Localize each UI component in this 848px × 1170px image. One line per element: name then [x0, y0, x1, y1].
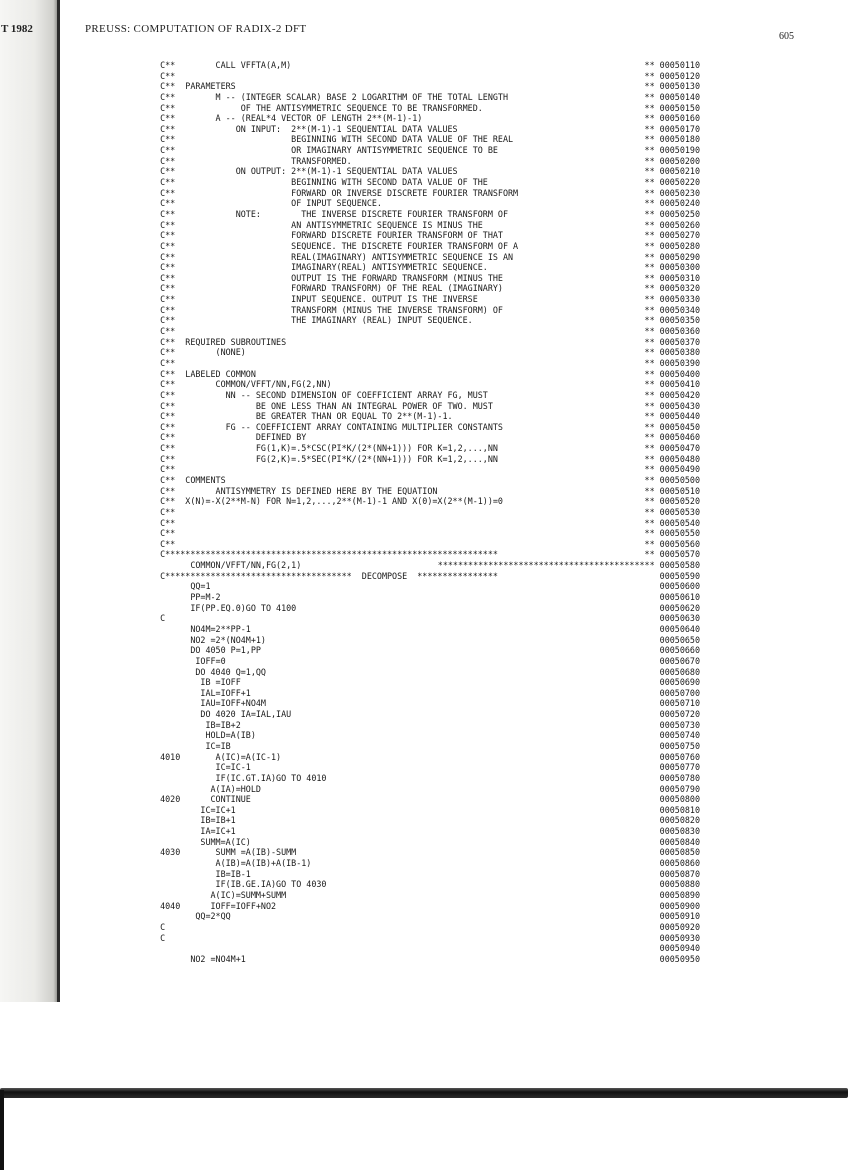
sequence-number: 00050640: [660, 624, 700, 635]
sequence-number: 00050590: [660, 571, 700, 582]
code-statement: C** NOTE: THE INVERSE DISCRETE FOURIER T…: [150, 209, 508, 220]
code-line: IB =IOFF00050690: [150, 677, 700, 688]
code-statement: C** OUTPUT IS THE FORWARD TRANSFORM (MIN…: [150, 273, 503, 284]
code-statement: DO 4040 Q=1,QQ: [150, 667, 266, 678]
code-statement: C** M -- (INTEGER SCALAR) BASE 2 LOGARIT…: [150, 92, 508, 103]
sequence-number: ** 00050530: [645, 507, 700, 518]
sequence-number: ** 00050230: [645, 188, 700, 199]
sequence-number: ** 00050410: [645, 379, 700, 390]
code-statement: C: [150, 933, 165, 944]
page-number: 605: [779, 31, 794, 42]
sequence-number: ** 00050240: [645, 198, 700, 209]
sequence-number: ** 00050370: [645, 337, 700, 348]
fortran-code-listing: C** CALL VFFTA(A,M)** 00050110 C**** 000…: [150, 60, 700, 964]
code-line: C** INPUT SEQUENCE. OUTPUT IS THE INVERS…: [150, 294, 700, 305]
sequence-number: 00050740: [660, 730, 700, 741]
code-line: C**** 00050550: [150, 528, 700, 539]
code-statement: IAL=IOFF+1: [150, 688, 251, 699]
sequence-number: 00050680: [660, 667, 700, 678]
code-line: SUMM=A(IC)00050840: [150, 837, 700, 848]
code-line: C** COMMENTS** 00050500: [150, 475, 700, 486]
sequence-number: 00050930: [660, 933, 700, 944]
code-statement: PP=M-2: [150, 592, 221, 603]
sequence-number: 00050760: [660, 752, 700, 763]
code-statement: C** IMAGINARY(REAL) ANTISYMMETRIC SEQUEN…: [150, 262, 488, 273]
code-line: IAL=IOFF+100050700: [150, 688, 700, 699]
code-line: A(IB)=A(IB)+A(IB-1)00050860: [150, 858, 700, 869]
code-line: 4020 CONTINUE00050800: [150, 794, 700, 805]
code-line: IOFF=000050670: [150, 656, 700, 667]
code-statement: C** COMMON/VFFT/NN,FG(2,NN): [150, 379, 332, 390]
code-statement: IF(IC.GT.IA)GO TO 4010: [150, 773, 326, 784]
code-line: C** REQUIRED SUBROUTINES** 00050370: [150, 337, 700, 348]
code-line: IAU=IOFF+NO4M00050710: [150, 698, 700, 709]
code-statement: C** AN ANTISYMMETRIC SEQUENCE IS MINUS T…: [150, 220, 483, 231]
code-line: DO 4050 P=1,PP00050660: [150, 645, 700, 656]
sequence-number: 00050730: [660, 720, 700, 731]
code-statement: C** FG(1,K)=.5*CSC(PI*K/(2*(NN+1))) FOR …: [150, 443, 498, 454]
sequence-number: ** 00050390: [645, 358, 700, 369]
code-line: C** BEGINNING WITH SECOND DATA VALUE OF …: [150, 134, 700, 145]
sequence-number: 00050690: [660, 677, 700, 688]
code-statement: COMMON/VFFT/NN,FG(2,1): [150, 560, 301, 571]
code-line: C** AN ANTISYMMETRIC SEQUENCE IS MINUS T…: [150, 220, 700, 231]
code-line: A(IA)=HOLD00050790: [150, 784, 700, 795]
code-line: C***************************************…: [150, 549, 700, 560]
code-statement: C: [150, 922, 165, 933]
code-statement: C** X(N)=-X(2**M-N) FOR N=1,2,...,2**(M-…: [150, 496, 503, 507]
sequence-number: 00050710: [660, 698, 700, 709]
code-statement: C**: [150, 71, 175, 82]
code-line: PP=M-200050610: [150, 592, 700, 603]
code-line: C** OUTPUT IS THE FORWARD TRANSFORM (MIN…: [150, 273, 700, 284]
code-line: C** TRANSFORM (MINUS THE INVERSE TRANSFO…: [150, 305, 700, 316]
code-statement: IF(PP.EQ.0)GO TO 4100: [150, 603, 296, 614]
sequence-number: 00050880: [660, 879, 700, 890]
sequence-number: ** 00050490: [645, 464, 700, 475]
code-statement: C***************************************…: [150, 549, 498, 560]
sequence-number: ** 00050260: [645, 220, 700, 231]
code-statement: C**: [150, 528, 175, 539]
code-line: C** ANTISYMMETRY IS DEFINED HERE BY THE …: [150, 486, 700, 497]
code-statement: C**: [150, 507, 175, 518]
code-line: C** PARAMETERS** 00050130: [150, 81, 700, 92]
code-statement: C**: [150, 326, 175, 337]
code-line: C** FG(1,K)=.5*CSC(PI*K/(2*(NN+1))) FOR …: [150, 443, 700, 454]
page-binding-shadow: [0, 0, 58, 1002]
sequence-number: 00050830: [660, 826, 700, 837]
code-statement: C** ANTISYMMETRY IS DEFINED HERE BY THE …: [150, 486, 437, 497]
code-line: C** COMMON/VFFT/NN,FG(2,NN)** 00050410: [150, 379, 700, 390]
code-statement: C** (NONE): [150, 347, 246, 358]
sequence-number: 00050810: [660, 805, 700, 816]
sequence-number: ** 00050150: [645, 103, 700, 114]
code-statement: QQ=2*QQ: [150, 911, 231, 922]
code-statement: A(IA)=HOLD: [150, 784, 261, 795]
sequence-number: ** 00050380: [645, 347, 700, 358]
sequence-number: ** 00050200: [645, 156, 700, 167]
code-line: C**** 00050530: [150, 507, 700, 518]
code-statement: 4040 IOFF=IOFF+NO2: [150, 901, 276, 912]
code-statement: A(IC)=SUMM+SUMM: [150, 890, 286, 901]
sequence-number: 00050620: [660, 603, 700, 614]
code-statement: C** FORWARD OR INVERSE DISCRETE FOURIER …: [150, 188, 518, 199]
code-statement: NO4M=2**PP-1: [150, 624, 251, 635]
code-line: NO2 =2*(NO4M+1)00050650: [150, 635, 700, 646]
code-line: NO2 =NO4M+100050950: [150, 954, 700, 965]
code-statement: C** FG(2,K)=.5*SEC(PI*K/(2*(NN+1))) FOR …: [150, 454, 498, 465]
code-line: NO4M=2**PP-100050640: [150, 624, 700, 635]
sequence-number: ** 00050210: [645, 166, 700, 177]
code-statement: HOLD=A(IB): [150, 730, 256, 741]
sequence-number: 00050950: [660, 954, 700, 965]
code-line: C** A -- (REAL*4 VECTOR OF LENGTH 2**(M-…: [150, 113, 700, 124]
code-line: C**** 00050560: [150, 539, 700, 550]
sequence-number: 00050890: [660, 890, 700, 901]
code-line: 00050940: [150, 943, 700, 954]
code-line: IB=IB+200050730: [150, 720, 700, 731]
code-line: IA=IC+100050830: [150, 826, 700, 837]
code-statement: QQ=1: [150, 581, 211, 592]
code-line: C**** 00050390: [150, 358, 700, 369]
code-statement: C** FORWARD TRANSFORM) OF THE REAL (IMAG…: [150, 283, 503, 294]
code-line: IF(IC.GT.IA)GO TO 401000050780: [150, 773, 700, 784]
code-statement: IF(IB.GE.IA)GO TO 4030: [150, 879, 326, 890]
sequence-number: 00050750: [660, 741, 700, 752]
sequence-number: 00050770: [660, 762, 700, 773]
sequence-number: 00050920: [660, 922, 700, 933]
code-line: C** THE IMAGINARY (REAL) INPUT SEQUENCE.…: [150, 315, 700, 326]
code-statement: IB =IOFF: [150, 677, 241, 688]
code-statement: 4020 CONTINUE: [150, 794, 251, 805]
sequence-number: ** 00050290: [645, 252, 700, 263]
sequence-number: ** 00050190: [645, 145, 700, 156]
code-statement: IOFF=0: [150, 656, 226, 667]
sequence-number: 00050840: [660, 837, 700, 848]
sequence-number: 00050700: [660, 688, 700, 699]
sequence-number: 00050780: [660, 773, 700, 784]
code-line: QQ=2*QQ00050910: [150, 911, 700, 922]
sequence-number: ** 00050350: [645, 315, 700, 326]
code-line: C************************************* D…: [150, 571, 700, 582]
sequence-number: 00050850: [660, 847, 700, 858]
sequence-number: 00050670: [660, 656, 700, 667]
code-statement: C** BE GREATER THAN OR EQUAL TO 2**(M-1)…: [150, 411, 453, 422]
sequence-number: ** 00050270: [645, 230, 700, 241]
code-statement: C** NN -- SECOND DIMENSION OF COEFFICIEN…: [150, 390, 488, 401]
code-statement: IA=IC+1: [150, 826, 236, 837]
code-statement: DO 4020 IA=IAL,IAU: [150, 709, 291, 720]
code-line: C** ON INPUT: 2**(M-1)-1 SEQUENTIAL DATA…: [150, 124, 700, 135]
code-line: C00050930: [150, 933, 700, 944]
sequence-number: 00050940: [660, 943, 700, 954]
code-statement: C**: [150, 539, 175, 550]
code-line: C** TRANSFORMED.** 00050200: [150, 156, 700, 167]
sequence-number: ** 00050310: [645, 273, 700, 284]
code-statement: NO2 =2*(NO4M+1): [150, 635, 266, 646]
code-line: C**** 00050360: [150, 326, 700, 337]
code-line: IC=IC+100050810: [150, 805, 700, 816]
sequence-number: ** 00050280: [645, 241, 700, 252]
code-statement: SUMM=A(IC): [150, 837, 251, 848]
code-line: C** (NONE)** 00050380: [150, 347, 700, 358]
sequence-number: 00050650: [660, 635, 700, 646]
code-line: IF(IB.GE.IA)GO TO 403000050880: [150, 879, 700, 890]
sequence-number: 00050790: [660, 784, 700, 795]
sequence-number: 00050860: [660, 858, 700, 869]
code-line: C** OR IMAGINARY ANTISYMMETRIC SEQUENCE …: [150, 145, 700, 156]
code-statement: C** REQUIRED SUBROUTINES: [150, 337, 286, 348]
sequence-number: ** 00050440: [645, 411, 700, 422]
code-line: C** FORWARD OR INVERSE DISCRETE FOURIER …: [150, 188, 700, 199]
code-statement: A(IB)=A(IB)+A(IB-1): [150, 858, 311, 869]
code-line: 4040 IOFF=IOFF+NO200050900: [150, 901, 700, 912]
code-line: QQ=100050600: [150, 581, 700, 592]
code-statement: IB=IB-1: [150, 869, 251, 880]
code-line: C** FG -- COEFFICIENT ARRAY CONTAINING M…: [150, 422, 700, 433]
code-line: IB=IB+100050820: [150, 815, 700, 826]
code-statement: NO2 =NO4M+1: [150, 954, 246, 965]
code-statement: C** OR IMAGINARY ANTISYMMETRIC SEQUENCE …: [150, 145, 498, 156]
sequence-number: ****************************************…: [438, 560, 700, 571]
code-line: C** FORWARD TRANSFORM) OF THE REAL (IMAG…: [150, 283, 700, 294]
sequence-number: ** 00050160: [645, 113, 700, 124]
sequence-number: ** 00050180: [645, 134, 700, 145]
sequence-number: ** 00050300: [645, 262, 700, 273]
code-line: C** OF INPUT SEQUENCE.** 00050240: [150, 198, 700, 209]
code-statement: IB=IB+2: [150, 720, 241, 731]
code-statement: C************************************* D…: [150, 571, 498, 582]
code-line: C** DEFINED BY** 00050460: [150, 432, 700, 443]
code-line: C**** 00050120: [150, 71, 700, 82]
code-statement: C**: [150, 358, 175, 369]
code-statement: DO 4050 P=1,PP: [150, 645, 261, 656]
code-line: C** ON OUTPUT: 2**(M-1)-1 SEQUENTIAL DAT…: [150, 166, 700, 177]
code-statement: C** A -- (REAL*4 VECTOR OF LENGTH 2**(M-…: [150, 113, 422, 124]
sequence-number: ** 00050500: [645, 475, 700, 486]
sequence-number: 00050800: [660, 794, 700, 805]
sequence-number: ** 00050510: [645, 486, 700, 497]
code-statement: C: [150, 613, 165, 624]
sequence-number: ** 00050140: [645, 92, 700, 103]
code-line: C** FG(2,K)=.5*SEC(PI*K/(2*(NN+1))) FOR …: [150, 454, 700, 465]
code-line: 4010 A(IC)=A(IC-1)00050760: [150, 752, 700, 763]
code-statement: C** ON INPUT: 2**(M-1)-1 SEQUENTIAL DATA…: [150, 124, 458, 135]
sequence-number: 00050660: [660, 645, 700, 656]
sequence-number: ** 00050110: [645, 60, 700, 71]
code-line: IC=IC-100050770: [150, 762, 700, 773]
code-statement: C** PARAMETERS: [150, 81, 236, 92]
sequence-number: ** 00050540: [645, 518, 700, 529]
code-line: C** NN -- SECOND DIMENSION OF COEFFICIEN…: [150, 390, 700, 401]
code-line: C** FORWARD DISCRETE FOURIER TRANSFORM O…: [150, 230, 700, 241]
code-line: HOLD=A(IB)00050740: [150, 730, 700, 741]
code-statement: C** BEGINNING WITH SECOND DATA VALUE OF …: [150, 177, 488, 188]
sequence-number: ** 00050560: [645, 539, 700, 550]
code-statement: C** CALL VFFTA(A,M): [150, 60, 291, 71]
code-line: C** M -- (INTEGER SCALAR) BASE 2 LOGARIT…: [150, 92, 700, 103]
code-statement: C** BE ONE LESS THAN AN INTEGRAL POWER O…: [150, 401, 493, 412]
code-statement: C** FG -- COEFFICIENT ARRAY CONTAINING M…: [150, 422, 503, 433]
code-statement: IB=IB+1: [150, 815, 236, 826]
code-statement: C** REAL(IMAGINARY) ANTISYMMETRIC SEQUEN…: [150, 252, 513, 263]
code-statement: C**: [150, 518, 175, 529]
code-line: C** BE GREATER THAN OR EQUAL TO 2**(M-1)…: [150, 411, 700, 422]
code-statement: 4030 SUMM =A(IB)-SUMM: [150, 847, 296, 858]
sequence-number: ** 00050480: [645, 454, 700, 465]
sequence-number: ** 00050340: [645, 305, 700, 316]
sequence-number: ** 00050430: [645, 401, 700, 412]
sequence-number: ** 00050320: [645, 283, 700, 294]
code-line: DO 4020 IA=IAL,IAU00050720: [150, 709, 700, 720]
sequence-number: 00050600: [660, 581, 700, 592]
code-line: C** X(N)=-X(2**M-N) FOR N=1,2,...,2**(M-…: [150, 496, 700, 507]
code-statement: C** FORWARD DISCRETE FOURIER TRANSFORM O…: [150, 230, 503, 241]
code-line: C00050630: [150, 613, 700, 624]
code-line: C** NOTE: THE INVERSE DISCRETE FOURIER T…: [150, 209, 700, 220]
code-statement: C** OF INPUT SEQUENCE.: [150, 198, 382, 209]
code-statement: C** TRANSFORM (MINUS THE INVERSE TRANSFO…: [150, 305, 503, 316]
sequence-number: ** 00050570: [645, 549, 700, 560]
code-line: C** REAL(IMAGINARY) ANTISYMMETRIC SEQUEN…: [150, 252, 700, 263]
code-statement: C** THE IMAGINARY (REAL) INPUT SEQUENCE.: [150, 315, 473, 326]
sequence-number: ** 00050450: [645, 422, 700, 433]
page-bottom-edge: [0, 1088, 848, 1098]
sequence-number: ** 00050420: [645, 390, 700, 401]
code-statement: IC=IC-1: [150, 762, 251, 773]
sequence-number: ** 00050250: [645, 209, 700, 220]
sequence-number: 00050900: [660, 901, 700, 912]
previous-page-date-fragment: T 1982: [1, 23, 33, 35]
code-line: C**** 00050540: [150, 518, 700, 529]
code-line: C**** 00050490: [150, 464, 700, 475]
sequence-number: ** 00050360: [645, 326, 700, 337]
next-page-edge: [0, 1090, 4, 1170]
running-head: PREUSS: COMPUTATION OF RADIX-2 DFT: [85, 23, 306, 35]
code-line: C** SEQUENCE. THE DISCRETE FOURIER TRANS…: [150, 241, 700, 252]
sequence-number: ** 00050520: [645, 496, 700, 507]
code-statement: C** LABELED COMMON: [150, 369, 256, 380]
sequence-number: ** 00050400: [645, 369, 700, 380]
sequence-number: 00050820: [660, 815, 700, 826]
code-statement: 4010 A(IC)=A(IC-1): [150, 752, 281, 763]
code-statement: C** OF THE ANTISYMMETRIC SEQUENCE TO BE …: [150, 103, 483, 114]
sequence-number: 00050870: [660, 869, 700, 880]
code-statement: C** COMMENTS: [150, 475, 226, 486]
sequence-number: ** 00050220: [645, 177, 700, 188]
code-line: IF(PP.EQ.0)GO TO 410000050620: [150, 603, 700, 614]
code-line: C** LABELED COMMON** 00050400: [150, 369, 700, 380]
sequence-number: 00050910: [660, 911, 700, 922]
code-line: DO 4040 Q=1,QQ00050680: [150, 667, 700, 678]
sequence-number: ** 00050550: [645, 528, 700, 539]
code-line: C** IMAGINARY(REAL) ANTISYMMETRIC SEQUEN…: [150, 262, 700, 273]
code-statement: IAU=IOFF+NO4M: [150, 698, 266, 709]
code-statement: C** DEFINED BY: [150, 432, 306, 443]
code-line: C** CALL VFFTA(A,M)** 00050110: [150, 60, 700, 71]
code-statement: C** SEQUENCE. THE DISCRETE FOURIER TRANS…: [150, 241, 518, 252]
sequence-number: 00050610: [660, 592, 700, 603]
sequence-number: ** 00050460: [645, 432, 700, 443]
sequence-number: ** 00050330: [645, 294, 700, 305]
code-line: C** OF THE ANTISYMMETRIC SEQUENCE TO BE …: [150, 103, 700, 114]
code-line: A(IC)=SUMM+SUMM00050890: [150, 890, 700, 901]
code-statement: C** ON OUTPUT: 2**(M-1)-1 SEQUENTIAL DAT…: [150, 166, 458, 177]
code-line: COMMON/VFFT/NN,FG(2,1)******************…: [150, 560, 700, 571]
code-statement: C**: [150, 464, 175, 475]
sequence-number: ** 00050130: [645, 81, 700, 92]
code-line: C00050920: [150, 922, 700, 933]
binding-edge: [57, 0, 60, 1002]
sequence-number: 00050720: [660, 709, 700, 720]
code-statement: C** TRANSFORMED.: [150, 156, 352, 167]
code-statement: C** BEGINNING WITH SECOND DATA VALUE OF …: [150, 134, 513, 145]
code-line: IB=IB-100050870: [150, 869, 700, 880]
code-line: C** BEGINNING WITH SECOND DATA VALUE OF …: [150, 177, 700, 188]
code-line: IC=IB00050750: [150, 741, 700, 752]
code-line: C** BE ONE LESS THAN AN INTEGRAL POWER O…: [150, 401, 700, 412]
sequence-number: ** 00050120: [645, 71, 700, 82]
code-statement: IC=IC+1: [150, 805, 236, 816]
sequence-number: 00050630: [660, 613, 700, 624]
code-statement: C** INPUT SEQUENCE. OUTPUT IS THE INVERS…: [150, 294, 478, 305]
code-line: 4030 SUMM =A(IB)-SUMM00050850: [150, 847, 700, 858]
code-statement: IC=IB: [150, 741, 231, 752]
sequence-number: ** 00050170: [645, 124, 700, 135]
sequence-number: ** 00050470: [645, 443, 700, 454]
